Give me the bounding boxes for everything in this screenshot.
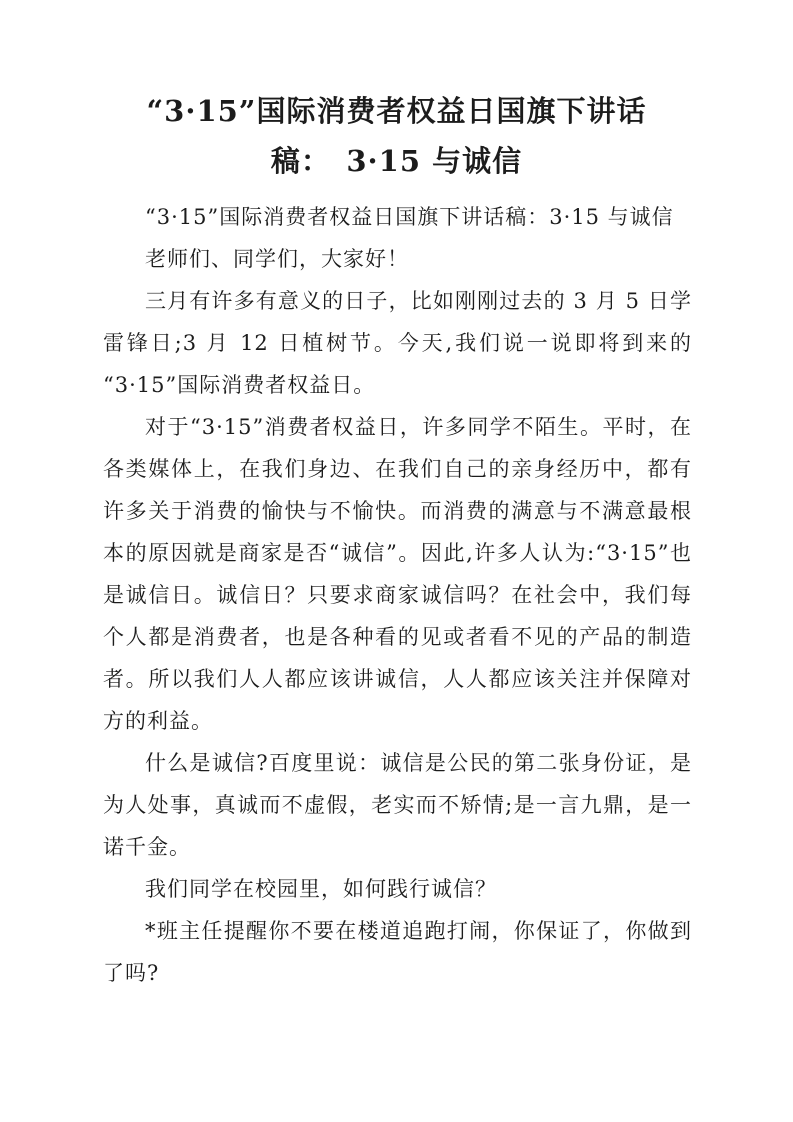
paragraph-teacher-reminder: *班主任提醒你不要在楼道追跑打闹，你保证了，你做到了吗?: [103, 910, 692, 994]
paragraph-campus-question: 我们同学在校园里，如何践行诚信？: [103, 868, 692, 910]
document-page: “3·15”国际消费者权益日国旗下讲话 稿： 3·15 与诚信 “3·15”国际…: [0, 0, 793, 1122]
document-body: “3·15”国际消费者权益日国旗下讲话稿：3·15 与诚信 老师们、同学们，大家…: [103, 196, 692, 994]
paragraph-march-days: 三月有许多有意义的日子，比如刚刚过去的 3 月 5 日学雷锋日;3 月 12 日…: [103, 280, 692, 406]
paragraph-greeting: 老师们、同学们，大家好！: [103, 238, 692, 280]
document-title-line-2: 稿： 3·15 与诚信: [87, 136, 707, 186]
document-title: “3·15”国际消费者权益日国旗下讲话 稿： 3·15 与诚信: [87, 0, 707, 186]
paragraph-title-repeat: “3·15”国际消费者权益日国旗下讲话稿：3·15 与诚信: [103, 196, 692, 238]
paragraph-what-is-integrity: 什么是诚信?百度里说：诚信是公民的第二张身份证，是为人处事，真诚而不虚假，老实而…: [103, 742, 692, 868]
document-title-line-1: “3·15”国际消费者权益日国旗下讲话: [87, 86, 707, 136]
paragraph-consumer-day: 对于“3·15”消费者权益日，许多同学不陌生。平时，在各类媒体上，在我们身边、在…: [103, 406, 692, 742]
